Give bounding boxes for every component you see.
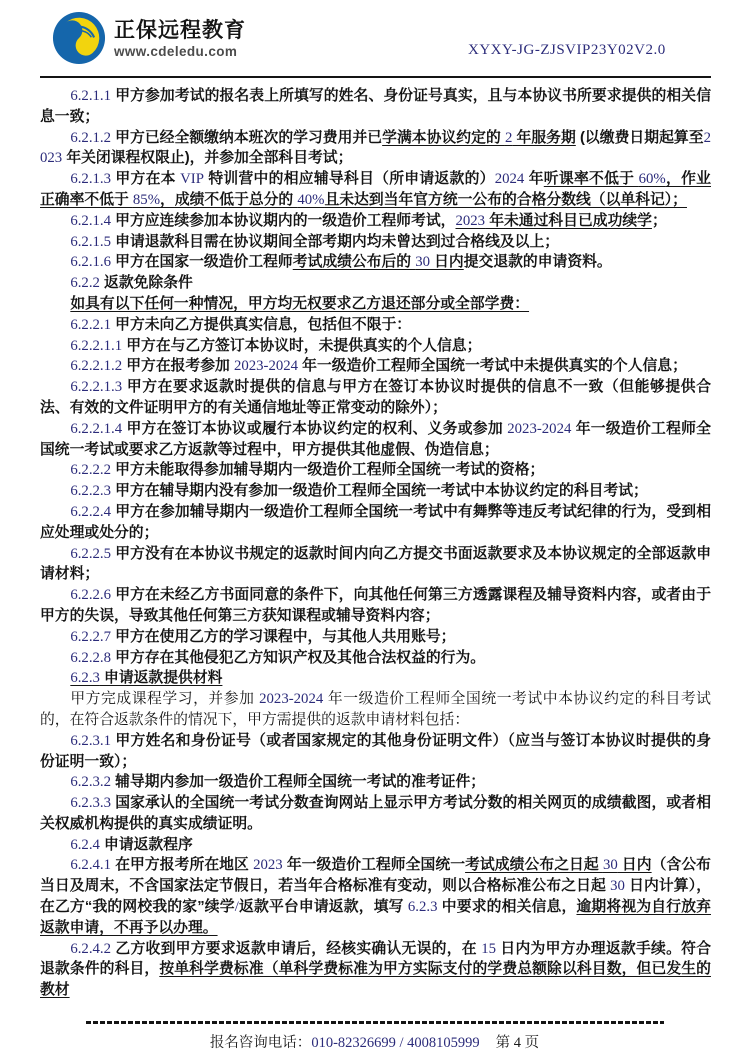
latin-text: 6.2.2.4 xyxy=(70,504,111,520)
paragraph: 6.2.1.6 甲方在国家一级造价工程师考试成绩公布后的 30 日内提交退款的申… xyxy=(40,252,711,273)
text-segment: 6.2.2.1.2 甲方在报考参加 2023-2024 年一级造价工程师全国统一… xyxy=(70,358,687,374)
latin-text: / xyxy=(235,899,239,915)
page-footer: 报名咨询电话：010-82326699 / 4008105999第 4 页 xyxy=(0,1021,749,1052)
latin-text: 6.2.1.4 xyxy=(70,213,111,229)
latin-text: 6.2.1.2 xyxy=(70,130,111,146)
brand-url: www.cdeledu.com xyxy=(114,43,246,60)
text-segment: 6.2.2.1.1 甲方在与乙方签订本协议时，未提供真实的个人信息； xyxy=(70,338,481,354)
latin-text: 6.2.3 xyxy=(408,899,438,915)
text-segment: 甲方完成课程学习，并参加 2023-2024 年一级造价工程师全国统一考试中本协… xyxy=(40,691,711,728)
latin-text: 6.2.4.1 xyxy=(70,857,111,873)
latin-text: 6.2.2 xyxy=(70,275,100,291)
text-segment: 6.2.3.2 辅导期内参加一级造价工程师全国统一考试的准考证件； xyxy=(70,774,485,790)
document-code: XYXY-JG-ZJSVIP23Y02V2.0 xyxy=(468,42,666,59)
text-segment: 6.2.3.3 国家承认的全国统一考试分数查询网站上显示甲方考试分数的相关网页的… xyxy=(40,795,711,832)
text-segment: 6.2.2.7 甲方在使用乙方的学习课程中，与其他人共用账号； xyxy=(70,629,455,645)
phone-numbers: 010-82326699 / 4008105999 xyxy=(311,1035,479,1051)
paragraph: 6.2.2.4 甲方在参加辅导期内一级造价工程师全国统一考试中有舞弊等违反考试纪… xyxy=(40,502,711,544)
latin-text: 40% xyxy=(297,192,324,208)
text-segment: 6.2.4 申请返款程序 xyxy=(70,837,193,853)
brand-text-block: 正保远程教育 www.cdeledu.com xyxy=(114,17,246,60)
paragraph: 6.2.2.1.4 甲方在签订本协议或履行本协议约定的权利、义务或参加 2023… xyxy=(40,419,711,461)
paragraph: 6.2.2.7 甲方在使用乙方的学习课程中，与其他人共用账号； xyxy=(40,627,711,648)
paragraph: 6.2.4.2 乙方收到甲方要求返款申请后，经核实确认无误的，在 15 日内为甲… xyxy=(40,939,711,1001)
text-segment: 6.2.1.5 申请退款科目需在协议期间全部考期内均未曾达到过合格线及以上； xyxy=(70,234,559,250)
paragraph: 6.2.2.1.3 甲方在要求返款时提供的信息与甲方在签订本协议时提供的信息不一… xyxy=(40,377,711,419)
paragraph: 6.2.2.5 甲方没有在本协议书规定的返款时间内向乙方提交书面返款要求及本协议… xyxy=(40,544,711,586)
paragraph: 6.2.4 申请返款程序 xyxy=(40,835,711,856)
page-header: 正保远程教育 www.cdeledu.com XYXY-JG-ZJSVIP23Y… xyxy=(0,0,749,78)
text-segment: 6.2.2 返款免除条件 xyxy=(70,275,193,291)
latin-text: 6.2.1.3 xyxy=(70,171,111,187)
underlined-text: 6.2.3 申请返款提供材料 xyxy=(70,670,222,686)
paragraph: 6.2.2.8 甲方存在其他侵犯乙方知识产权及其他合法权益的行为。 xyxy=(40,648,711,669)
latin-text: 6.2.4.2 xyxy=(70,941,111,957)
footer-text: 报名咨询电话：010-82326699 / 4008105999第 4 页 xyxy=(0,1031,749,1052)
text-segment: 6.2.2.1.3 甲方在要求返款时提供的信息与甲方在签订本协议时提供的信息不一… xyxy=(40,379,711,416)
latin-text: 2023-2024 xyxy=(234,358,298,374)
text-segment: 6.2.2.1.4 甲方在签订本协议或履行本协议约定的权利、义务或参加 2023… xyxy=(40,421,711,458)
latin-text: 6.2.3.1 xyxy=(70,733,111,749)
paragraph: 6.2.3.3 国家承认的全国统一考试分数查询网站上显示甲方考试分数的相关网页的… xyxy=(40,793,711,835)
footer-dashed-divider xyxy=(86,1021,664,1024)
page-number: 第 4 页 xyxy=(496,1035,540,1051)
latin-text: 6.2.3.2 xyxy=(70,774,111,790)
paragraph: 6.2.4.1 在甲方报考所在地区 2023 年一级造价工程师全国统一考试成绩公… xyxy=(40,855,711,938)
paragraph: 6.2.2.6 甲方在未经乙方书面同意的条件下，向其他任何第三方透露课程及辅导资… xyxy=(40,585,711,627)
latin-text: 30 xyxy=(603,857,618,873)
text-segment: 6.2.2.3 甲方在辅导期内没有参加一级造价工程师全国统一考试中本协议约定的科… xyxy=(70,483,648,499)
text-segment: 6.2.1.2 甲方已经全额缴纳本班次的学习费用并已 xyxy=(70,130,382,146)
latin-text: 85% xyxy=(133,192,160,208)
text-segment: 6.2.2.8 甲方存在其他侵犯乙方知识产权及其他合法权益的行为。 xyxy=(70,650,485,666)
paragraph: 6.2.2.3 甲方在辅导期内没有参加一级造价工程师全国统一考试中本协议约定的科… xyxy=(40,481,711,502)
latin-text: 6.2.2.1.1 xyxy=(70,338,122,354)
text-segment: 6.2.2.5 甲方没有在本协议书规定的返款时间内向乙方提交书面返款要求及本协议… xyxy=(40,546,711,583)
text-segment: 提交退款的申请资料。 xyxy=(464,254,612,270)
text-segment: 6.2.1.1 甲方参加考试的报名表上所填写的姓名、身份证号真实，且与本协议书所… xyxy=(40,88,711,125)
text-segment: 6.2.2.1 甲方未向乙方提供真实信息，包括但不限于： xyxy=(70,317,411,333)
header-divider xyxy=(40,76,711,78)
paragraph: 如具有以下任何一种情况，甲方均无权要求乙方退还部分或全部学费： xyxy=(40,294,711,315)
latin-text: 15 xyxy=(481,941,496,957)
latin-text: 6.2.2.5 xyxy=(70,546,111,562)
text-segment: 6.2.3.1 甲方姓名和身份证号（或者国家规定的其他身份证明文件）（应当与签订… xyxy=(40,733,711,770)
underlined-text: 考试成绩公布之日起 30 日内 xyxy=(465,857,652,873)
paragraph: 6.2.3.1 甲方姓名和身份证号（或者国家规定的其他身份证明文件）（应当与签订… xyxy=(40,731,711,773)
paragraph: 6.2.3.2 辅导期内参加一级造价工程师全国统一考试的准考证件； xyxy=(40,772,711,793)
underlined-text: 考试成绩公布后的 30 日内 xyxy=(293,254,464,270)
paragraph: 6.2.3 申请返款提供材料 xyxy=(40,668,711,689)
latin-text: 6.2.2.1.2 xyxy=(70,358,122,374)
latin-text: 2 xyxy=(505,130,512,146)
latin-text: 6.2.2.1.4 xyxy=(70,421,122,437)
underlined-text: 学满本协议约定的 2 年服务期 xyxy=(382,130,576,146)
latin-text: 6.2.3 xyxy=(70,670,100,686)
latin-text: 6.2.1.1 xyxy=(70,88,111,104)
text-segment: 6.2.1.4 甲方应连续参加本协议期内的一级造价工程师考试， xyxy=(70,213,455,229)
latin-text: 2023-2024 xyxy=(259,691,323,707)
paragraph: 6.2.1.1 甲方参加考试的报名表上所填写的姓名、身份证号真实，且与本协议书所… xyxy=(40,86,711,128)
document-body: 6.2.1.1 甲方参加考试的报名表上所填写的姓名、身份证号真实，且与本协议书所… xyxy=(0,78,749,1001)
latin-text: 6.2.2.6 xyxy=(70,587,111,603)
latin-text: 2023 xyxy=(455,213,485,229)
document-page: 正保远程教育 www.cdeledu.com XYXY-JG-ZJSVIP23Y… xyxy=(0,0,749,1060)
underlined-text: 如具有以下任何一种情况，甲方均无权要求乙方退还部分或全部学费： xyxy=(70,296,529,312)
latin-text: 30 xyxy=(610,878,625,894)
latin-text: 6.2.2.7 xyxy=(70,629,111,645)
paragraph: 6.2.2.1.2 甲方在报考参加 2023-2024 年一级造价工程师全国统一… xyxy=(40,356,711,377)
latin-text: 2023-2024 xyxy=(507,421,571,437)
latin-text: 6.2.2.1.3 xyxy=(70,379,122,395)
text-segment: 6.2.4.1 在甲方报考所在地区 2023 年一级造价工程师全国统一 xyxy=(70,857,465,873)
latin-text: 2023 xyxy=(253,857,283,873)
brand-logo: 正保远程教育 www.cdeledu.com xyxy=(52,11,246,65)
text-segment: 6.2.2.6 甲方在未经乙方书面同意的条件下，向其他任何第三方透露课程及辅导资… xyxy=(40,587,711,624)
text-segment: 6.2.1.6 甲方在国家一级造价工程师 xyxy=(70,254,292,270)
paragraph: 6.2.2.2 甲方未能取得参加辅导期内一级造价工程师全国统一考试的资格； xyxy=(40,460,711,481)
paragraph: 6.2.2 返款免除条件 xyxy=(40,273,711,294)
text-segment: ； xyxy=(652,213,667,229)
text-segment: 6.2.2.2 甲方未能取得参加辅导期内一级造价工程师全国统一考试的资格； xyxy=(70,462,544,478)
latin-text: 60% xyxy=(639,171,666,187)
paragraph: 6.2.1.5 申请退款科目需在协议期间全部考期内均未曾达到过合格线及以上； xyxy=(40,232,711,253)
latin-text: 6.2.1.5 xyxy=(70,234,111,250)
brand-logo-icon xyxy=(52,11,106,65)
text-segment: 6.2.1.3 甲方在本 VIP 特训营中的相应辅导科目（所申请返款的）2024… xyxy=(70,171,543,187)
latin-text: 6.2.3.3 xyxy=(70,795,111,811)
latin-text: 6.2.2.8 xyxy=(70,650,111,666)
latin-text: 30 xyxy=(415,254,430,270)
paragraph: 6.2.1.2 甲方已经全额缴纳本班次的学习费用并已学满本协议约定的 2 年服务… xyxy=(40,128,711,170)
paragraph: 6.2.2.1 甲方未向乙方提供真实信息，包括但不限于： xyxy=(40,315,711,336)
phone-label: 报名咨询电话： xyxy=(210,1035,312,1051)
underlined-text: 2023 年未通过科目已成功续学 xyxy=(455,213,651,229)
latin-text: 6.2.2.1 xyxy=(70,317,111,333)
latin-text: VIP xyxy=(180,171,204,187)
text-segment: 6.2.2.4 甲方在参加辅导期内一级造价工程师全国统一考试中有舞弊等违反考试纪… xyxy=(40,504,711,541)
paragraph: 甲方完成课程学习，并参加 2023-2024 年一级造价工程师全国统一考试中本协… xyxy=(40,689,711,731)
latin-text: 6.2.4 xyxy=(70,837,100,853)
latin-text: 6.2.2.2 xyxy=(70,462,111,478)
latin-text: 2024 xyxy=(495,171,525,187)
latin-text: 6.2.2.3 xyxy=(70,483,111,499)
paragraph: 6.2.1.4 甲方应连续参加本协议期内的一级造价工程师考试，2023 年未通过… xyxy=(40,211,711,232)
paragraph: 6.2.1.3 甲方在本 VIP 特训营中的相应辅导科目（所申请返款的）2024… xyxy=(40,169,711,211)
paragraph: 6.2.2.1.1 甲方在与乙方签订本协议时，未提供真实的个人信息； xyxy=(40,336,711,357)
brand-name: 正保远程教育 xyxy=(114,19,246,43)
latin-text: 6.2.1.6 xyxy=(70,254,111,270)
